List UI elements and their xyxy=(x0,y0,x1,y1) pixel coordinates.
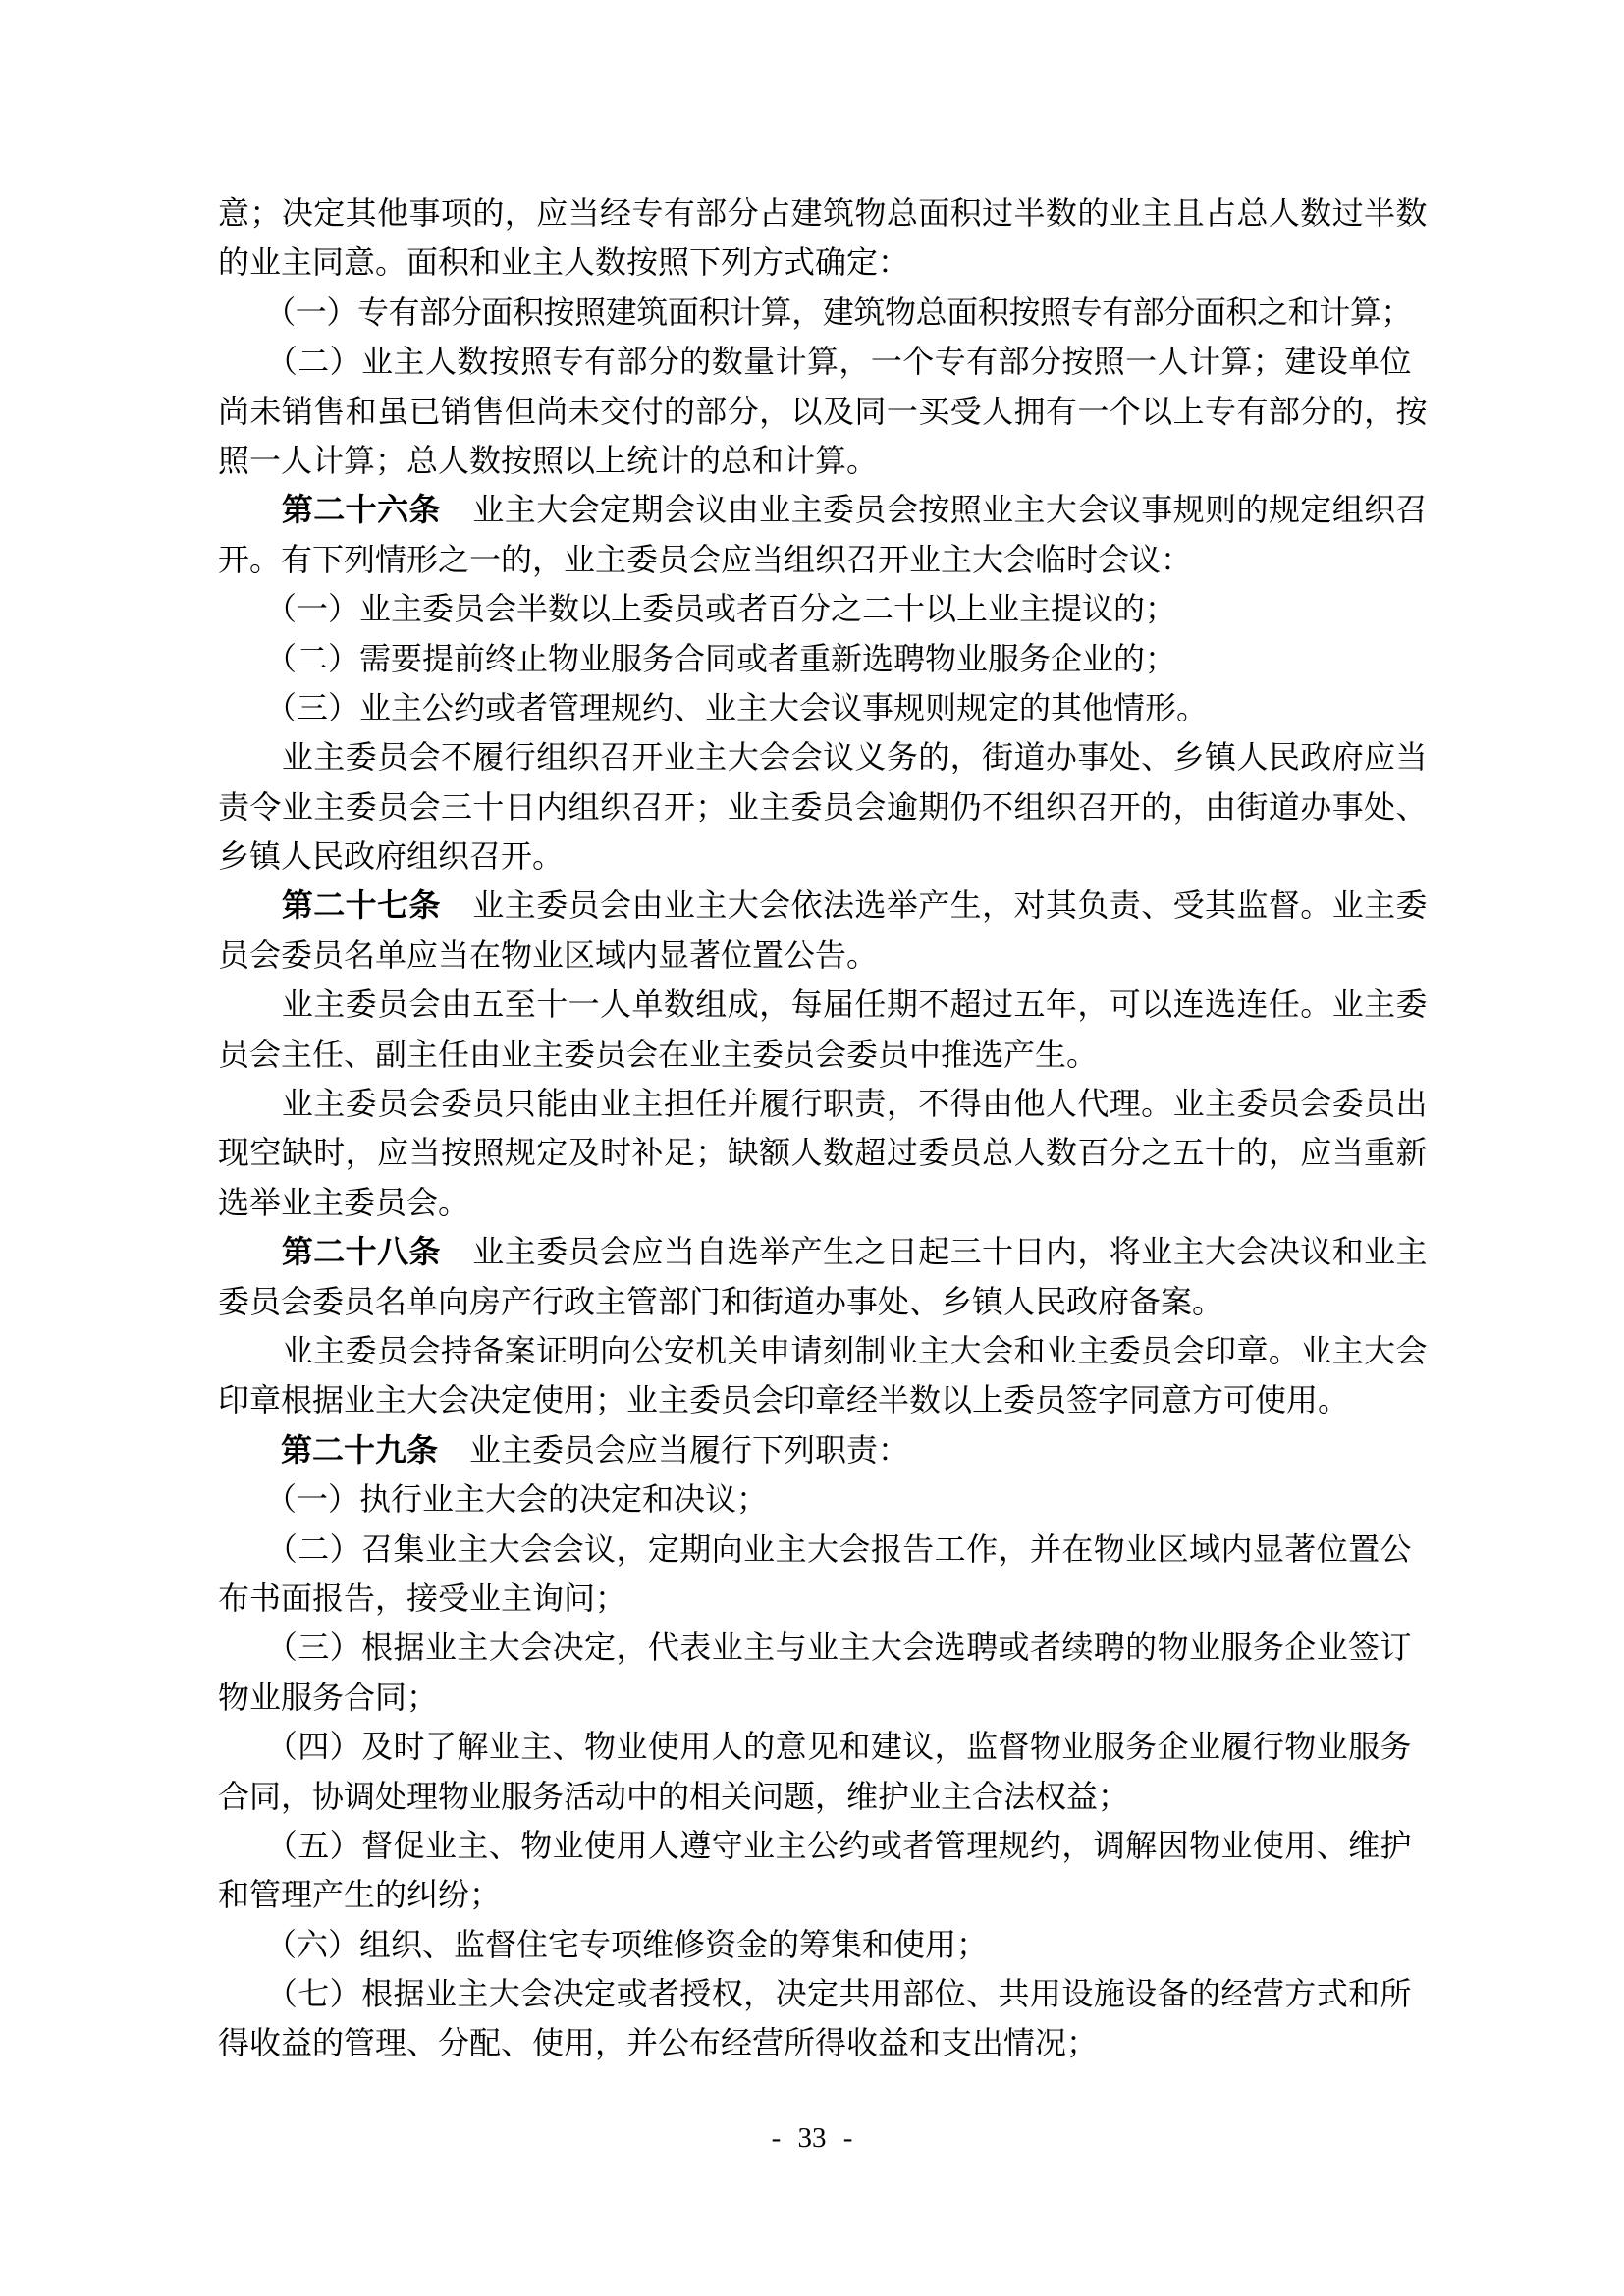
article-heading: 第二十六条 xyxy=(282,492,441,527)
article-heading: 第二十八条 xyxy=(282,1234,441,1269)
text-line: 业主委员会不履行组织召开业主大会会议义务的，街道办事处、乡镇人民政府应当 xyxy=(218,732,1428,781)
text-line: 责令业主委员会三十日内组织召开；业主委员会逾期仍不组织召开的，由街道办事处、 xyxy=(218,782,1428,831)
text-line: 第二十八条 业主委员会应当自选举产生之日起三十日内，将业主大会决议和业主 xyxy=(218,1227,1428,1276)
text-line: 选举业主委员会。 xyxy=(218,1178,1428,1227)
text-line: 意；决定其他事项的，应当经专有部分占建筑物总面积过半数的业主且占总人数过半数 xyxy=(218,188,1428,238)
text-line: 业主委员会持备案证明向公安机关申请刻制业主大会和业主委员会印章。业主大会 xyxy=(218,1326,1428,1375)
text-line: 开。有下列情形之一的，业主委员会应当组织召开业主大会临时会议： xyxy=(218,535,1428,584)
text-line: （三）业主公约或者管理规约、业主大会议事规则规定的其他情形。 xyxy=(218,683,1428,732)
page-number: - 33 - xyxy=(0,2116,1624,2160)
document-body: 意；决定其他事项的，应当经专有部分占建筑物总面积过半数的业主且占总人数过半数的业… xyxy=(218,188,1428,2068)
text-line: （二）需要提前终止物业服务合同或者重新选聘物业服务企业的； xyxy=(218,634,1428,683)
text-line: （一）执行业主大会的决定和决议； xyxy=(218,1474,1428,1523)
text-line: （七）根据业主大会决定或者授权，决定共用部位、共用设施设备的经营方式和所 xyxy=(218,1969,1428,2018)
text-line: 布书面报告，接受业主询问； xyxy=(218,1574,1428,1623)
text-line: 得收益的管理、分配、使用，并公布经营所得收益和支出情况； xyxy=(218,2018,1428,2067)
text-line: （二）业主人数按照专有部分的数量计算，一个专有部分按照一人计算；建设单位 xyxy=(218,337,1428,386)
text-line: 现空缺时，应当按照规定及时补足；缺额人数超过委员总人数百分之五十的，应当重新 xyxy=(218,1128,1428,1177)
text-line: 第二十七条 业主委员会由业主大会依法选举产生，对其负责、受其监督。业主委 xyxy=(218,881,1428,930)
text-line: 合同，协调处理物业服务活动中的相关问题，维护业主合法权益； xyxy=(218,1772,1428,1821)
text-line: 员会委员名单应当在物业区域内显著位置公告。 xyxy=(218,931,1428,980)
text-line: 和管理产生的纠纷； xyxy=(218,1870,1428,1919)
text-line: （六）组织、监督住宅专项维修资金的筹集和使用； xyxy=(218,1920,1428,1969)
text-line: （五）督促业主、物业使用人遵守业主公约或者管理规约，调解因物业使用、维护 xyxy=(218,1821,1428,1870)
text-line: 印章根据业主大会决定使用；业主委员会印章经半数以上委员签字同意方可使用。 xyxy=(218,1375,1428,1424)
article-heading: 第二十七条 xyxy=(282,887,441,923)
text-line: 乡镇人民政府组织召开。 xyxy=(218,831,1428,881)
text-line: 物业服务合同； xyxy=(218,1673,1428,1722)
text-line: （三）根据业主大会决定，代表业主与业主大会选聘或者续聘的物业服务企业签订 xyxy=(218,1623,1428,1672)
text-line: 员会主任、副主任由业主委员会在业主委员会委员中推选产生。 xyxy=(218,1030,1428,1079)
text-line: 的业主同意。面积和业主人数按照下列方式确定： xyxy=(218,238,1428,287)
text-line: 第二十六条 业主大会定期会议由业主委员会按照业主大会议事规则的规定组织召 xyxy=(218,485,1428,534)
text-line: （二）召集业主大会会议，定期向业主大会报告工作，并在物业区域内显著位置公 xyxy=(218,1524,1428,1574)
document-page: 意；决定其他事项的，应当经专有部分占建筑物总面积过半数的业主且占总人数过半数的业… xyxy=(0,0,1624,2296)
text-line: 业主委员会委员只能由业主担任并履行职责，不得由他人代理。业主委员会委员出 xyxy=(218,1079,1428,1128)
article-heading: 第二十九条 xyxy=(281,1432,438,1468)
text-line: 委员会委员名单向房产行政主管部门和街道办事处、乡镇人民政府备案。 xyxy=(218,1277,1428,1326)
text-line: 第二十九条 业主委员会应当履行下列职责： xyxy=(218,1425,1428,1474)
text-line: 尚未销售和虽已销售但尚未交付的部分，以及同一买受人拥有一个以上专有部分的，按 xyxy=(218,387,1428,436)
text-line: 照一人计算；总人数按照以上统计的总和计算。 xyxy=(218,436,1428,485)
text-line: 业主委员会由五至十一人单数组成，每届任期不超过五年，可以连选连任。业主委 xyxy=(218,980,1428,1029)
text-line: （一）专有部分面积按照建筑面积计算，建筑物总面积按照专有部分面积之和计算； xyxy=(218,288,1428,337)
text-line: （一）业主委员会半数以上委员或者百分之二十以上业主提议的； xyxy=(218,584,1428,633)
text-line: （四）及时了解业主、物业使用人的意见和建议，监督物业服务企业履行物业服务 xyxy=(218,1722,1428,1771)
